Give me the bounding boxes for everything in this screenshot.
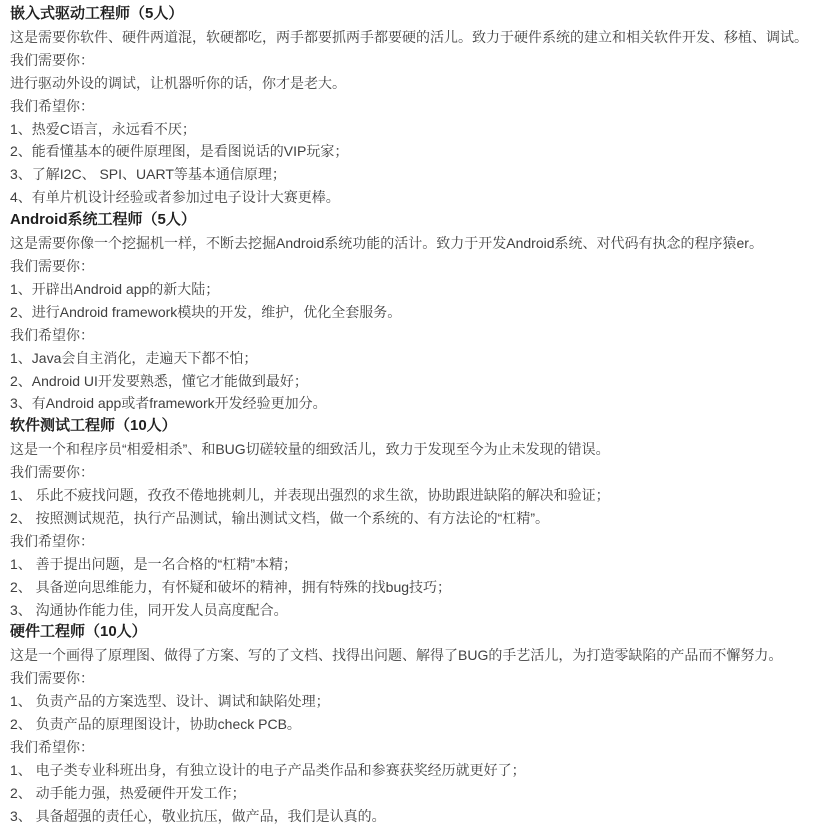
job-title: 软件测试工程师（10人） (10, 415, 809, 438)
requirement-item: 1、热爱C语言，永远看不厌； (10, 118, 809, 141)
requirement-item: 1、 负责产品的方案选型、设计、调试和缺陷处理； (10, 690, 809, 713)
section-label: 我们希望你： (10, 324, 809, 347)
section-label: 我们需要你： (10, 255, 809, 278)
section-label: 我们需要你： (10, 461, 809, 484)
job-description: 这是一个和程序员“相爱相杀”、和BUG切磋较量的细致活儿，致力于发现至今为止未发… (10, 438, 809, 461)
requirement-item: 3、了解I2C、 SPI、UART等基本通信原理； (10, 163, 809, 186)
section-label: 我们希望你： (10, 736, 809, 759)
section-label: 我们需要你： (10, 49, 809, 72)
requirement-item: 1、 乐此不疲找问题，孜孜不倦地挑刺儿，并表现出强烈的求生欲，协助跟进缺陷的解决… (10, 484, 809, 507)
job-title: 嵌入式驱动工程师（5人） (10, 3, 809, 26)
section-label: 我们希望你： (10, 95, 809, 118)
job-title: 硬件工程师（10人） (10, 621, 809, 644)
section-label: 我们希望你： (10, 530, 809, 553)
requirement-item: 1、Java会自主消化，走遍天下都不怕； (10, 347, 809, 370)
requirement-item: 3、 沟通协作能力佳，同开发人员高度配合。 (10, 599, 809, 622)
requirement-item: 3、 具备超强的责任心，敬业抗压，做产品，我们是认真的。 (10, 805, 809, 828)
requirement-item: 2、 按照测试规范，执行产品测试，输出测试文档，做一个系统的、有方法论的“杠精”… (10, 507, 809, 530)
requirement-item: 2、 具备逆向思维能力，有怀疑和破坏的精神，拥有特殊的找bug技巧； (10, 576, 809, 599)
requirement-item: 1、 善于提出问题，是一名合格的“杠精”本精； (10, 553, 809, 576)
requirement-item: 4、有单片机设计经验或者参加过电子设计大赛更棒。 (10, 186, 809, 209)
job-description: 这是需要你像一个挖掘机一样，不断去挖掘Android系统功能的活计。致力于开发A… (10, 232, 809, 255)
requirement-item: 2、能看懂基本的硬件原理图，是看图说话的VIP玩家； (10, 140, 809, 163)
job-description: 这是一个画得了原理图、做得了方案、写的了文档、找得出问题、解得了BUG的手艺活儿… (10, 644, 809, 667)
requirement-item: 2、 负责产品的原理图设计，协助check PCB。 (10, 713, 809, 736)
requirement-item: 2、Android UI开发要熟悉，懂它才能做到最好； (10, 370, 809, 393)
requirement-item: 3、有Android app或者framework开发经验更加分。 (10, 392, 809, 415)
section-label: 我们需要你： (10, 667, 809, 690)
job-description: 这是需要你软件、硬件两道混，软硬都吃，两手都要抓两手都要硬的活儿。致力于硬件系统… (10, 26, 809, 49)
requirement-item: 2、 动手能力强，热爱硬件开发工作； (10, 782, 809, 805)
job-title: Android系统工程师（5人） (10, 209, 809, 232)
page: { "theme": { "background": "#ffffff", "h… (0, 0, 819, 829)
requirement-item: 1、开辟出Android app的新大陆； (10, 278, 809, 301)
requirement-item: 2、进行Android framework模块的开发，维护，优化全套服务。 (10, 301, 809, 324)
requirement-item: 1、 电子类专业科班出身，有独立设计的电子产品类作品和参赛获奖经历就更好了； (10, 759, 809, 782)
requirement-item: 进行驱动外设的调试，让机器听你的话，你才是老大。 (10, 72, 809, 95)
job-listings: 嵌入式驱动工程师（5人）这是需要你软件、硬件两道混，软硬都吃，两手都要抓两手都要… (0, 0, 819, 829)
